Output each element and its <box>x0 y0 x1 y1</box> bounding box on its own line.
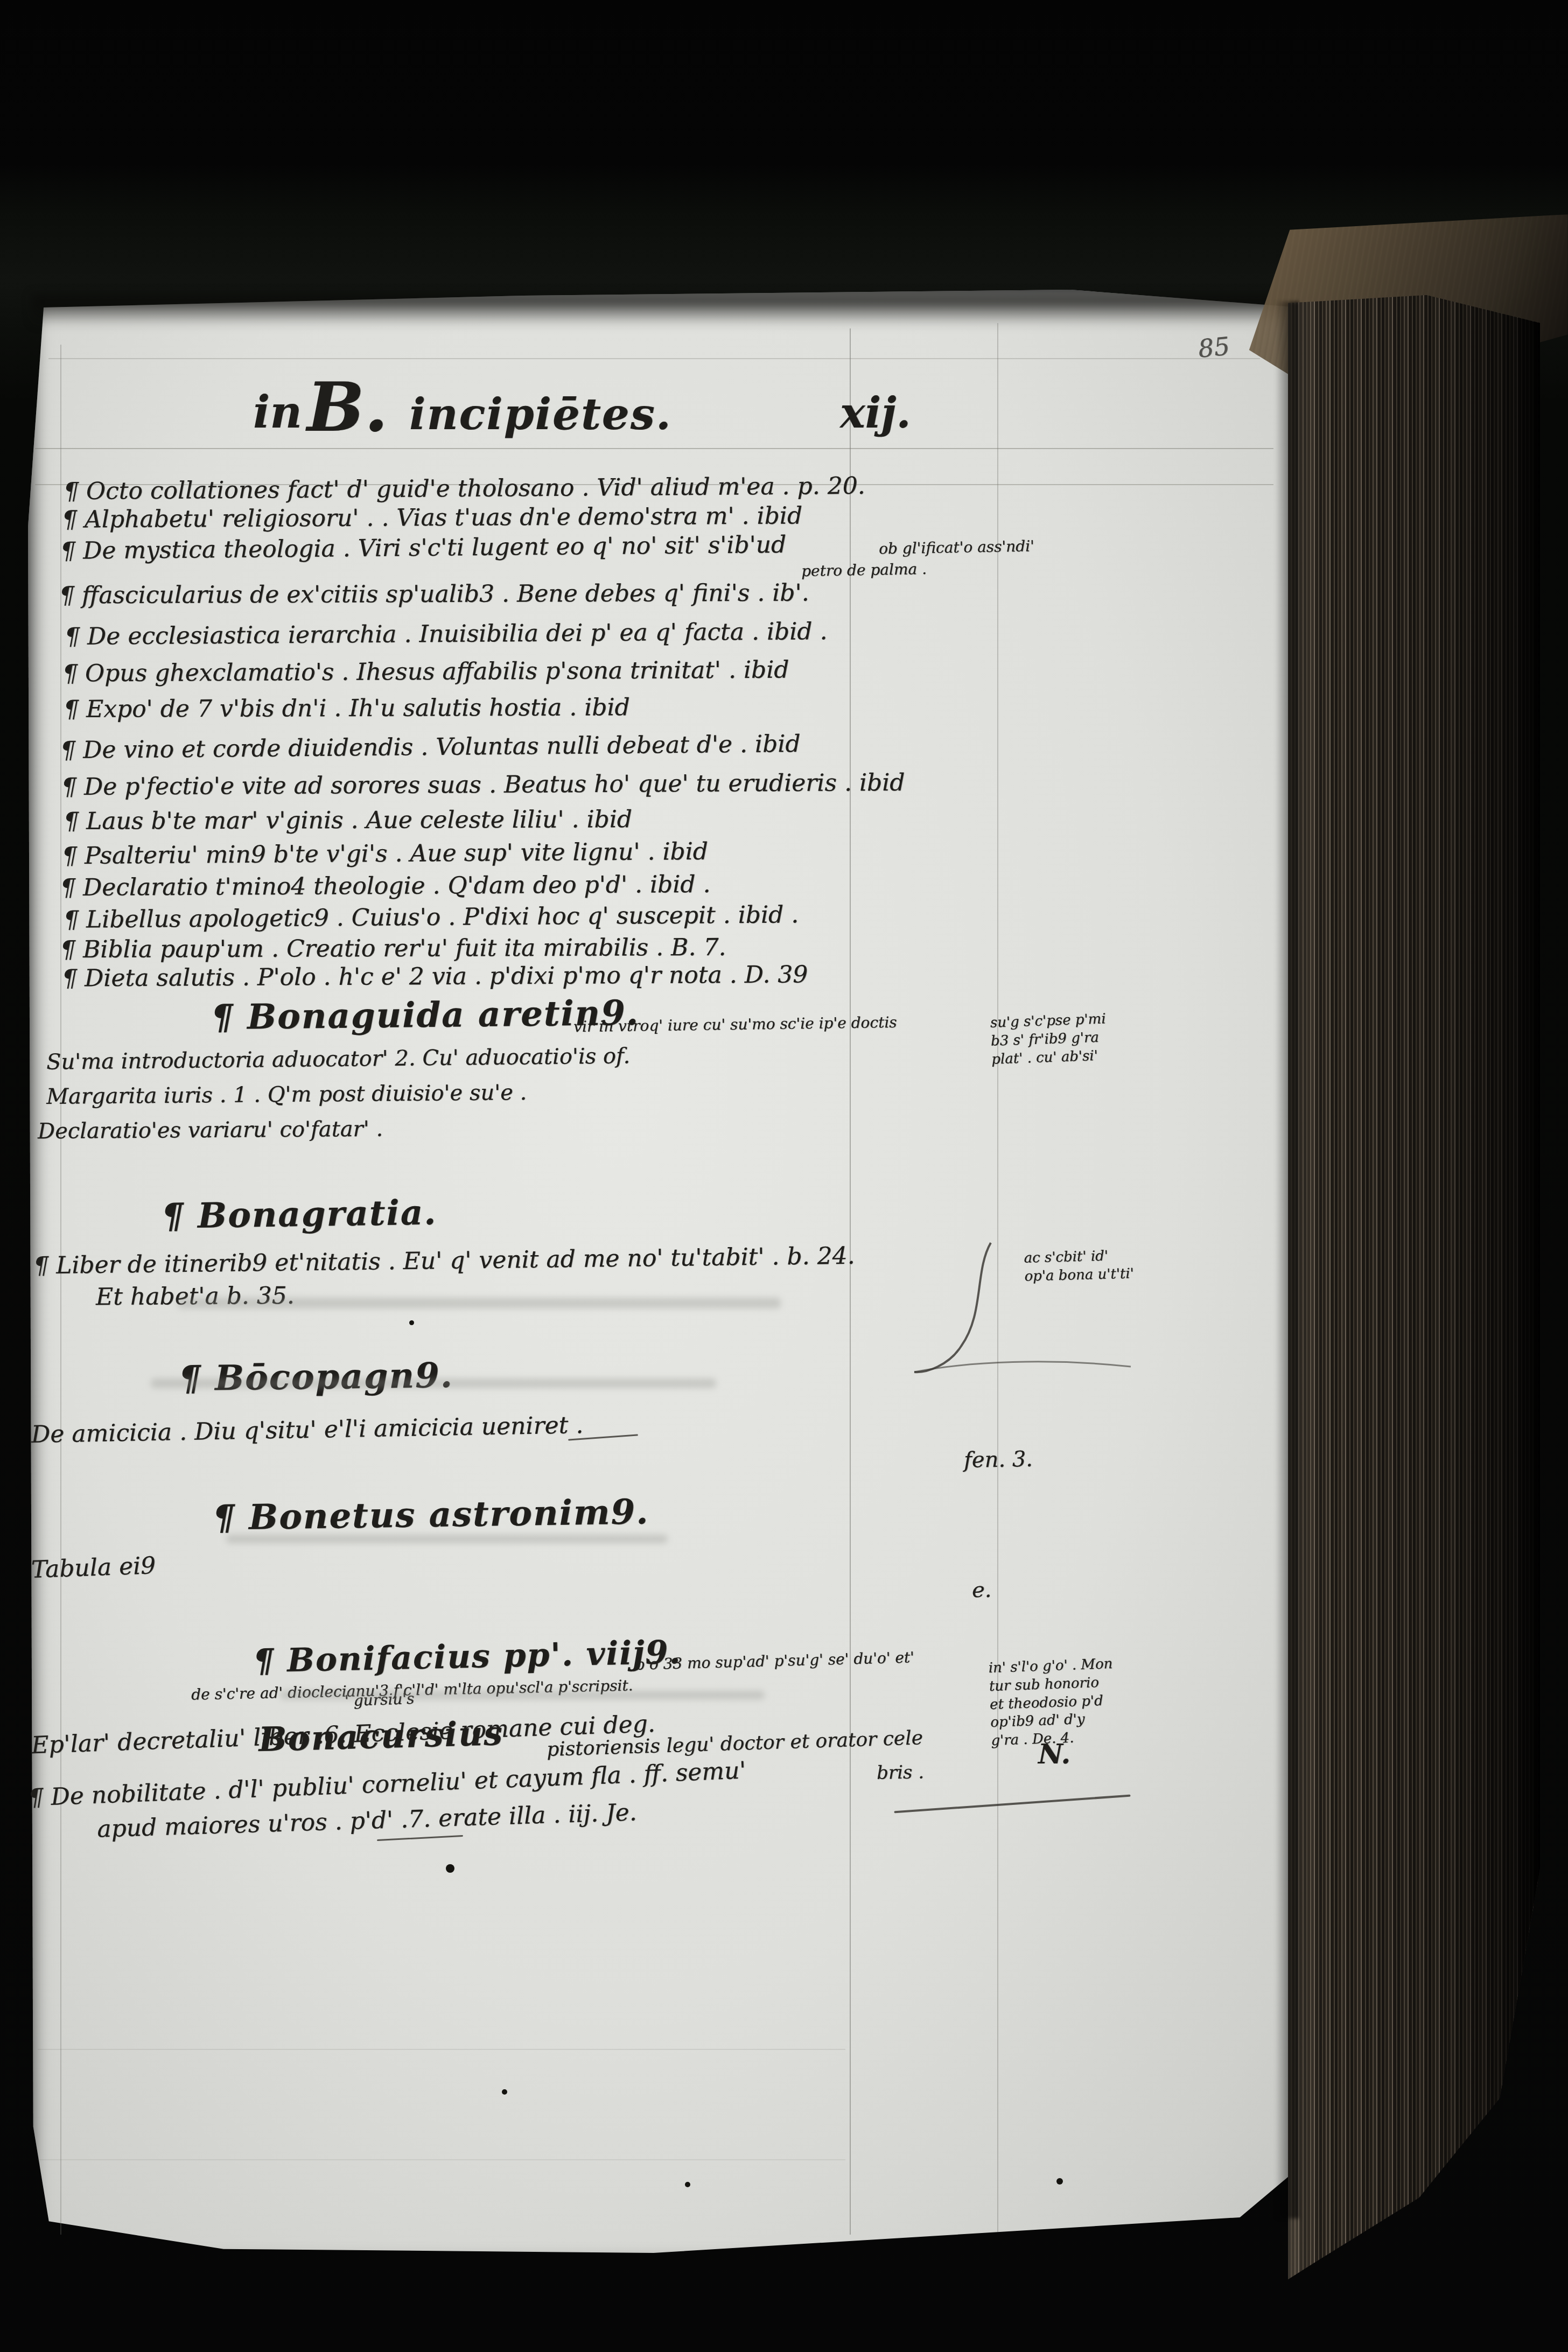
index-entry: ¶ Libellus apologetic9 . Cuius'o . P'dix… <box>64 901 799 934</box>
interline-note: petro de palma . <box>801 560 927 580</box>
page-top-shadow <box>32 295 1287 326</box>
section-heading-bocompagnus: ¶ Bōcopagn9. <box>179 1355 454 1399</box>
bonaguida-margin-note: su'g s'c'pse p'mi b3 s' fr'ib9 g'ra plat… <box>990 1010 1107 1069</box>
bonetus-ref: e. <box>972 1578 991 1602</box>
ruled-line-top <box>48 358 1260 359</box>
bonacursius-heading-rest2: bris . <box>877 1761 925 1784</box>
index-entry: ¶ Dieta salutis . P'olo . h'c e' 2 via .… <box>62 961 808 992</box>
section-heading-bonetus: ¶ Bonetus astronim9. <box>213 1492 649 1538</box>
header-initial-letter: B. <box>307 367 388 447</box>
bocompagnus-ref: fen. 3. <box>964 1447 1033 1473</box>
index-entry: ¶ De ecclesiastica ierarchia . Inuisibil… <box>65 618 828 650</box>
book-fore-edge <box>1288 295 1540 2287</box>
ink-blot <box>446 1864 454 1873</box>
index-entry: ¶ Octo collationes fact' d' guid'e tholo… <box>64 472 865 505</box>
bonaguida-line: Margarita iuris . 1 . Q'm post diuisio'e… <box>46 1080 527 1109</box>
index-entry: ¶ De p'fectio'e vite ad sorores suas . B… <box>61 769 905 801</box>
index-entry: ¶ Expo' de 7 v'bis dn'i . Ih'u salutis h… <box>64 694 630 723</box>
column-rule-1 <box>850 328 851 2235</box>
index-entry: ¶ ffascicularius de ex'citiis sp'ualib3 … <box>59 579 809 610</box>
index-entry: ¶ Laus b'te mar' v'ginis . Aue celeste l… <box>64 806 632 835</box>
header-title: incipiētes. <box>409 389 672 439</box>
ruled-line-blank-1 <box>38 2049 845 2050</box>
ink-blot <box>409 1320 414 1325</box>
index-entry: ¶ Declaratio t'mino4 theologie . Q'dam d… <box>60 871 711 901</box>
index-entry: ¶ Biblia paup'um . Creatio rer'u' fuit i… <box>60 934 726 963</box>
show-through <box>151 1378 716 1388</box>
photograph-of-manuscript: { "page_number": "85", "header": { "pref… <box>0 0 1568 2352</box>
folio-number: 85 <box>1196 331 1231 363</box>
ink-blot <box>685 2182 690 2187</box>
header-folio-roman: xij. <box>840 389 911 438</box>
ruled-line-header-1 <box>35 448 1273 449</box>
index-entry: ¶ Psalteriu' min9 b'te v'gi's . Aue sup'… <box>62 838 708 870</box>
index-entry: ¶ Alphabetu' religiosoru' . . Vias t'uas… <box>62 502 802 533</box>
bonaguida-line: Declaratio'es variaru' co'fatar' . <box>38 1117 383 1144</box>
section-heading-bonagratia: ¶ Bonagratia. <box>162 1192 437 1236</box>
index-entry: ¶ Opus ghexclamatio's . Ihesus affabilis… <box>62 656 789 687</box>
section-heading-bonacursius: Bonacursius <box>258 1713 504 1759</box>
header-prefix: in <box>253 387 302 438</box>
show-through <box>280 1691 765 1699</box>
ink-blot <box>502 2089 507 2095</box>
margin-rule-left <box>60 345 61 2235</box>
show-through <box>226 1535 668 1543</box>
ink-blot <box>1056 2178 1063 2185</box>
bonifacius-margin-note: in' s'l'o g'o' . Mon tur sub honorio et … <box>988 1655 1116 1751</box>
bonacursius-margin-letter: N. <box>1038 1738 1070 1770</box>
margin-brace-flourish <box>910 1238 1136 1378</box>
bonetus-line: Tabula ei9 <box>31 1552 156 1584</box>
ruled-line-blank-2 <box>38 2159 845 2160</box>
index-entry-3-tail: ob gl'ificat'o ass'ndi' <box>879 537 1034 557</box>
show-through <box>178 1298 781 1308</box>
page-edge-shadow <box>1275 302 1299 2218</box>
